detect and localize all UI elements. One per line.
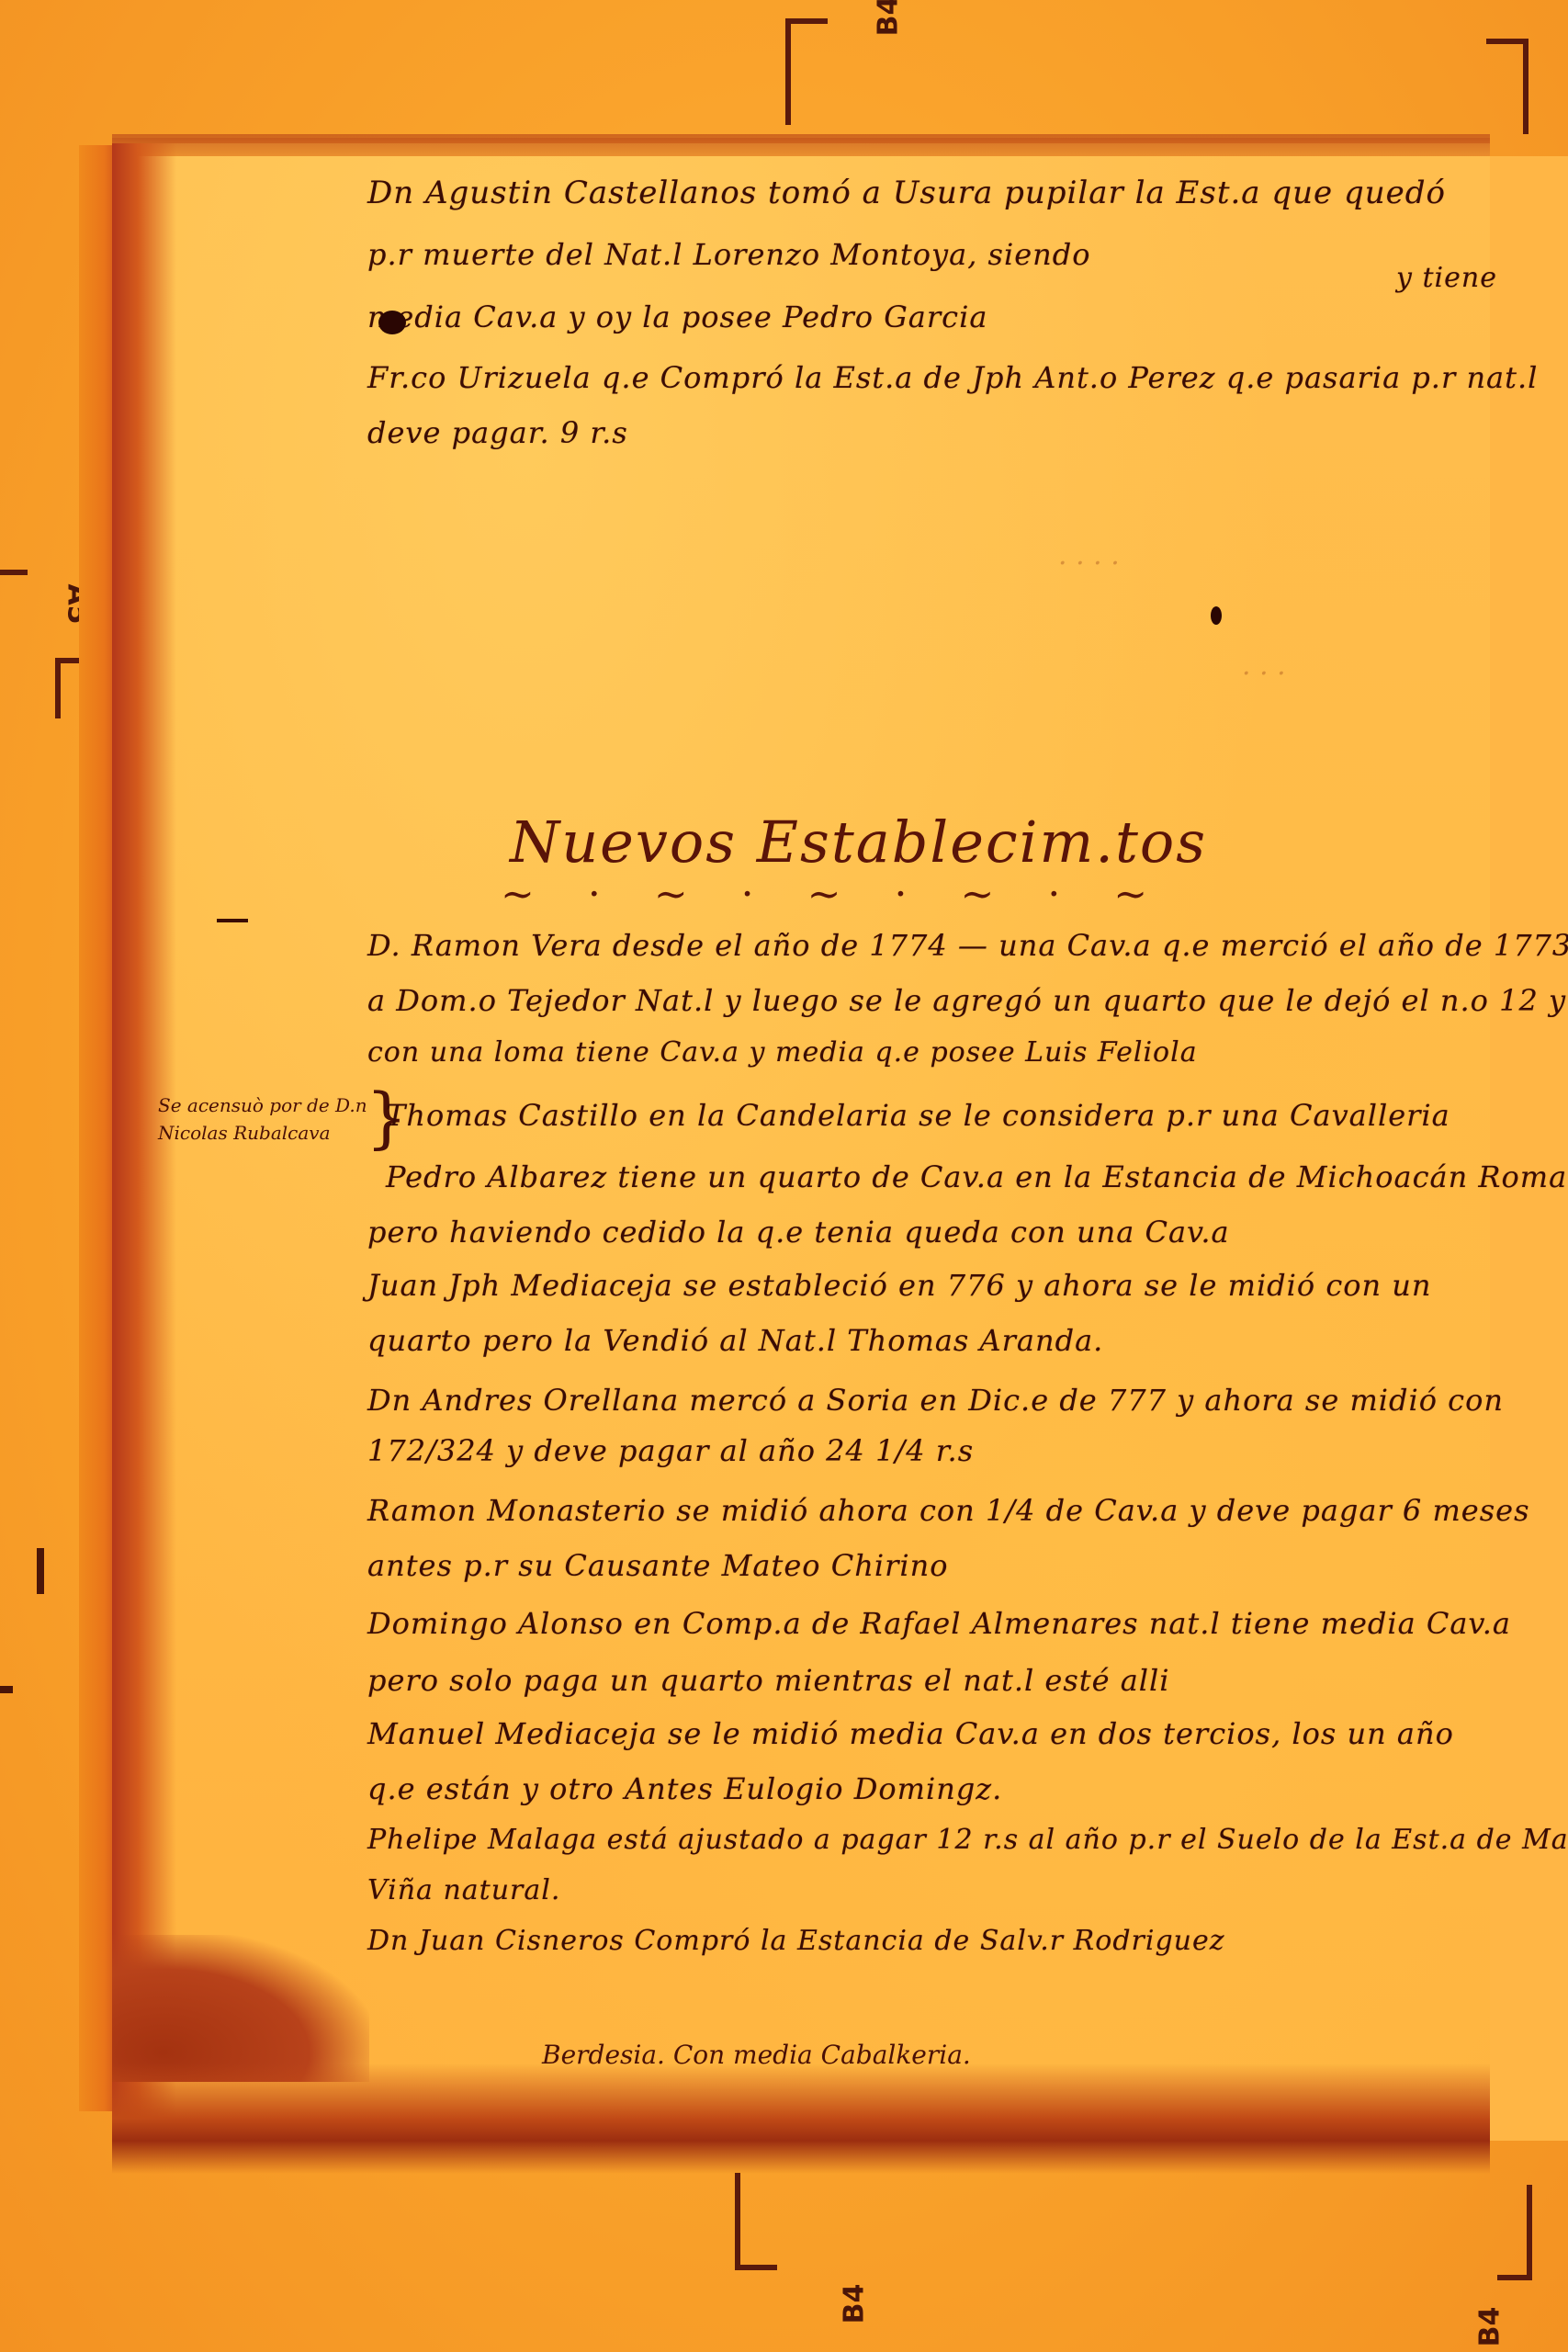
entry-line: con una loma tiene Cav.a y media q.e pos… bbox=[367, 1036, 1198, 1069]
ink-blot bbox=[378, 311, 406, 334]
registration-label-top: B4 bbox=[872, 0, 904, 36]
entry-line: Viña natural. bbox=[367, 1874, 560, 1906]
entry-line: Fr.co Urizuela q.e Compró la Est.a de Jp… bbox=[367, 360, 1538, 395]
entry-line: media Cav.a y oy la posee Pedro Garcia bbox=[367, 300, 987, 334]
entry-line: q.e están y otro Antes Eulogio Domingz. bbox=[367, 1771, 1002, 1806]
entry-line: antes p.r su Causante Mateo Chirino bbox=[367, 1548, 948, 1583]
page-bottom-stain bbox=[112, 2064, 1490, 2174]
entry-line: Pedro Albarez tiene un quarto de Cav.a e… bbox=[386, 1159, 1568, 1194]
footer-line: Berdesia. Con media Cabalkeria. bbox=[542, 2040, 971, 2070]
section-ornament: ~ · ~ · ~ · ~ · ~ bbox=[501, 871, 1168, 918]
entry-line: Juan Jph Mediaceja se estableció en 776 … bbox=[367, 1268, 1432, 1303]
entry-line: a Dom.o Tejedor Nat.l y luego se le agre… bbox=[367, 983, 1566, 1018]
entry-line: Dn Agustin Castellanos tomó a Usura pupi… bbox=[367, 175, 1446, 211]
entry-line: pero solo paga un quarto mientras el nat… bbox=[367, 1663, 1170, 1698]
registration-mark-left-lower bbox=[37, 1548, 44, 1594]
margin-note: Se acensuò por de D.n Nicolas Rubalcava bbox=[158, 1091, 367, 1147]
ink-blot bbox=[1211, 606, 1222, 625]
registration-label-bottom-left: B4 bbox=[838, 2284, 870, 2324]
entry-line: deve pagar. 9 r.s bbox=[367, 415, 628, 450]
page-top-edge bbox=[112, 134, 1490, 156]
entry-line: Domingo Alonso en Comp.a de Rafael Almen… bbox=[367, 1606, 1511, 1641]
entry-line: Phelipe Malaga está ajustado a pagar 12 … bbox=[367, 1824, 1568, 1856]
entry-line: Manuel Mediaceja se le midió media Cav.a… bbox=[367, 1716, 1454, 1751]
registration-mark-bottom-right bbox=[1497, 2185, 1532, 2280]
bleed-through-text: · · · bbox=[1242, 658, 1286, 690]
registration-mark-bottom-left bbox=[735, 2173, 777, 2270]
torn-corner bbox=[112, 1935, 369, 2082]
entry-line: pero haviendo cedido la q.e tenia queda … bbox=[367, 1215, 1230, 1249]
section-title: Nuevos Establecim.tos bbox=[510, 808, 1207, 876]
margin-dash bbox=[217, 919, 248, 922]
registration-mark-top-right bbox=[1486, 39, 1529, 134]
entry-line: Dn Andres Orellana mercó a Soria en Dic.… bbox=[367, 1383, 1504, 1418]
entry-line-insert: y tiene bbox=[1396, 262, 1497, 294]
registration-label-bottom-right: B4 bbox=[1473, 2307, 1506, 2347]
registration-mark-left-base bbox=[0, 1686, 13, 1693]
entry-line: 172/324 y deve pagar al año 24 1/4 r.s bbox=[367, 1433, 974, 1468]
registration-mark-left-top bbox=[0, 570, 28, 575]
entry-line: p.r muerte del Nat.l Lorenzo Montoya, si… bbox=[367, 237, 1091, 272]
margin-note-line: Se acensuò por de D.n bbox=[158, 1091, 367, 1119]
bleed-through-text: · · · · bbox=[1058, 548, 1120, 580]
margin-note-line: Nicolas Rubalcava bbox=[158, 1119, 367, 1147]
entry-line: D. Ramon Vera desde el año de 1774 — una… bbox=[367, 928, 1568, 963]
registration-mark-top-left bbox=[785, 18, 828, 125]
entry-line: quarto pero la Vendió al Nat.l Thomas Ar… bbox=[367, 1323, 1103, 1358]
entry-line: Dn Juan Cisneros Compró la Estancia de S… bbox=[367, 1925, 1225, 1957]
entry-line: Thomas Castillo en la Candelaria se le c… bbox=[386, 1098, 1450, 1133]
entry-line: Ramon Monasterio se midió ahora con 1/4 … bbox=[367, 1493, 1530, 1528]
